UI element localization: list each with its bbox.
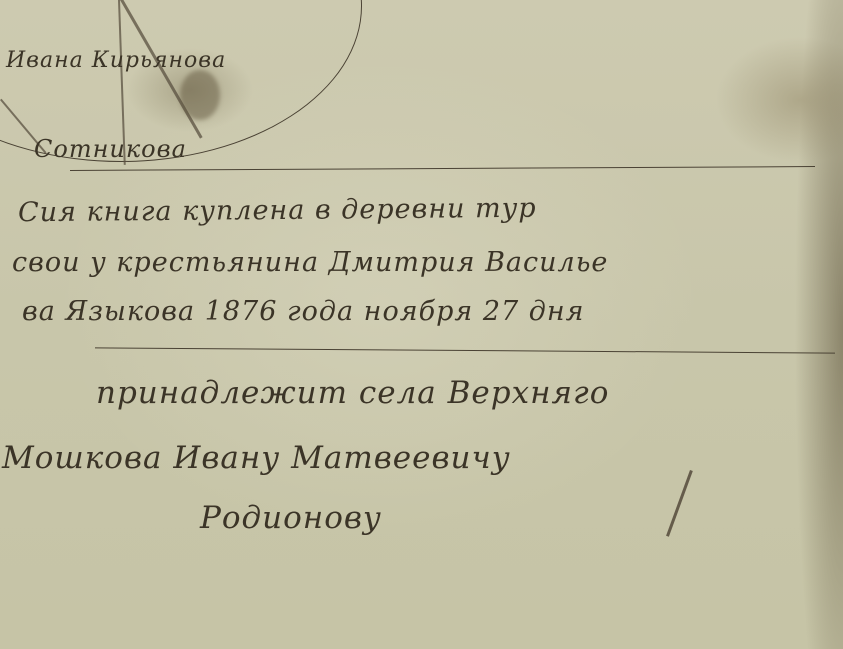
ink-blot: [180, 70, 220, 120]
ruled-line: [70, 166, 815, 171]
manuscript-page: Ивана Кирьянова Сотникова Сия книга купл…: [0, 0, 843, 649]
inscription-line-4: принадлежит села Верхняго: [96, 375, 609, 411]
flourish-stroke: [666, 470, 693, 537]
inscription-line-6: Родионову: [200, 500, 382, 536]
inscription-line-5: Мошкова Ивану Матвеевичу: [2, 440, 511, 476]
inscription-line-1: Сия книга куплена в деревни тур: [18, 193, 537, 229]
ruled-line: [95, 347, 835, 353]
stamp-surname-line: Сотникова: [34, 135, 187, 163]
inscription-line-2: свои у крестьянина Дмитрия Василье: [12, 247, 608, 278]
inscription-line-3: ва Языкова 1876 года ноября 27 дня: [22, 296, 585, 327]
stamp-name-line: Ивана Кирьянова: [6, 48, 226, 73]
